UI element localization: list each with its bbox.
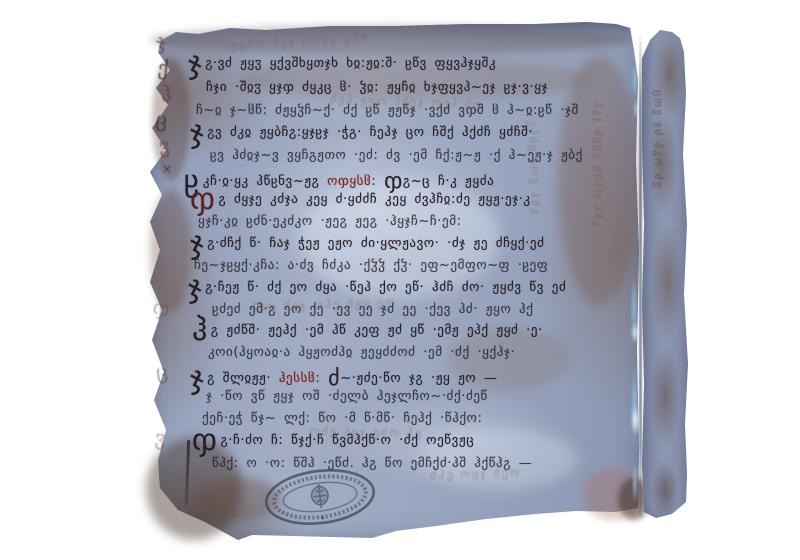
text-line: ჯჷ·ძჩქ წ· ჩაჯ ჭეჟ ეჟო ძი·ყლჟავო· ·ძჯ ჟე …	[190, 236, 544, 251]
text-line: ჯ ·წო ვწ ჟყჯ ოშ ·ძელბ ჰეჯლჩო~·ძქ·ძეწ	[206, 389, 488, 404]
initial-letter: ჯ	[190, 226, 204, 261]
text-line: ყჯჩ·კჲ ჸძნ·ეკძკო ·ჟეჷ ჟეჷ ·ჰყჯჩ~ჩ·ემ:	[198, 214, 462, 229]
adjacent-page-edge	[642, 24, 688, 520]
text-line: ჩ~ჲ ჯ~ჱწ: ძჟყჴჩ~ქ· ძქ ჸწ ჟჟწჯ ·ვქძ ვჶშ ჱ…	[196, 103, 579, 118]
manuscript-photo: ჟყძო ჰეჯ ძოჟყ ეჰძ ძეჰ ჟყო ჰძეჯ ოეჰ ძყ ეჰ…	[0, 0, 800, 560]
initial-letter: ჶ	[192, 423, 217, 458]
initial-letter: ჯ	[188, 270, 202, 305]
text-line: ჰჷ ჟძწშ· ჟეჰქ ·ემ ჰწ კეფ ჟძ ყწ ·ემჟ ეჰქ …	[192, 323, 543, 338]
text-line: ჸვ ჰძჲჯ~ვ ვყჩგჟთო ·ეძ: ძვ ·ემ ჩქ:ჟ~ჟ ·ქ …	[210, 148, 583, 163]
text-line: ჸძეძ ემ·ჷ ეო ქე ·ევ ეე ჯძ ეე ·ქევ ჰძ· ჟყ…	[212, 302, 533, 317]
red-initial-letter: ჶ	[190, 182, 215, 217]
text-line: ჯჷ·ვძ ჟყჳ ყქვშხყთჯხ ხჲ:ჟჲ:შ· ჸწვ ფყვჰჯყშ…	[188, 56, 496, 71]
text-line: ჶჷ·ჩ·ძო ჩ: წჯქ·ჩ წვმჰქწ·ო ·ძქ ოეწვჟც	[192, 433, 474, 448]
text-line: ჯჷვ ძკჲ ჟყბჩჷ:ყჯჸჯ ·ჭგ· ჩეჰჯ ცო ჩშქ ჰქძჩ…	[190, 125, 533, 140]
margin-glyph: ჯ	[154, 29, 168, 54]
text-line: ჩჯი ·შჲჳ ყჯჶ ძყკც ჱ· ჴჲ: ჟყჩჲ ხჯფყვჰ~ეჯ …	[206, 80, 548, 95]
text-line: ჶჷ ძყჯე კძჯა კეყ ძ·ყძძჩ კეყ ძვჰჩჲ:ძე ჟყჟ…	[190, 192, 531, 207]
text-line: ქეჩ·ეჭ წჯ~ ლქ: წო ·მ წ·მწ· ჩეჰქ ·წჰქო:	[202, 411, 482, 426]
margin-glyph: ჳ	[154, 426, 166, 451]
initial-letter: ჯ	[190, 361, 204, 396]
fold-light-glow	[626, 36, 644, 522]
initial-letter: ჯ	[190, 115, 204, 150]
large-letter: ძ	[328, 366, 340, 391]
text-line: ჩე~ჯჸყქ·კჩა: ა·ძვ ჩძკა ·ქჴჴ ქჴ· ეფ~ემფო~…	[194, 258, 548, 273]
large-letter: ჶ	[384, 169, 403, 194]
text-line-rubric: ჯჷ შლჲჟჟ· ჰესსჱ: ძ~·ჟძე·წო ჯჷ ·ჟყ ჟო —	[190, 366, 498, 391]
margin-cross-mark: ×	[162, 162, 172, 176]
red-rubric: ჰესსჱ:	[279, 371, 328, 386]
margin-glyph: ჰ	[160, 82, 172, 107]
text-line: კოი(ჰყოაჲ·ა ჰყჟოძჰჲ ჟეყძძოძ ·ემ ·ძქ ·ყქჰ…	[208, 345, 515, 360]
right-margin-note: ჰკჯ ძვჟკ ჟძჰო ჰძკ	[592, 102, 605, 302]
initial-letter: ჰ	[192, 313, 208, 348]
text-line: ჯჷ·ჩეჟ წ· ძქ ეო ძყა ·წეჰ ქო ეწ· ჰძჩ ძო· …	[188, 280, 566, 295]
text-line-rubric: ჸკჩ·ჲ·ყკ ჰწჸნვ~ჟჷ ოჶყსჱ: ჶჷ~ც ჩ·კ ჟყძა	[184, 169, 494, 194]
red-rubric: ოჶყსჱ:	[327, 174, 384, 189]
stamp-center-emblem	[310, 483, 329, 509]
adjacent-page-marks: ცთჟ ჯძ ჰკო ძჟ	[652, 90, 665, 390]
initial-letter: ჯ	[188, 46, 202, 81]
